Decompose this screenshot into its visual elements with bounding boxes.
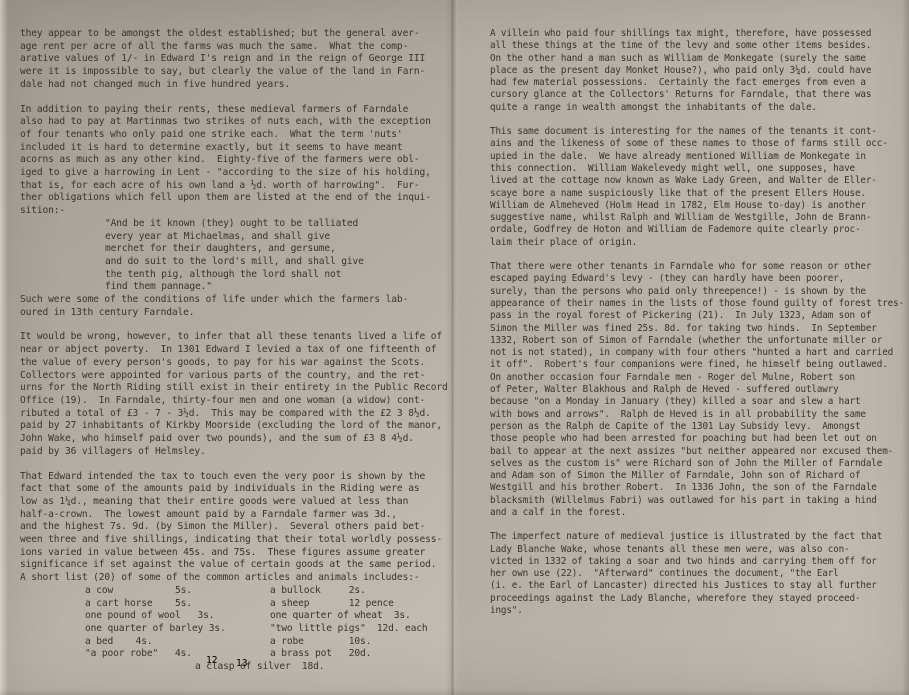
price-row-right: a bullock 2s.: [270, 585, 366, 598]
page-number-left: 12: [206, 655, 218, 666]
paragraph: they appear to be amongst the oldest est…: [20, 28, 448, 92]
price-list-footer: a clasp of silver 18d.: [195, 661, 448, 674]
right-page: A villein who paid four shillings tax mi…: [456, 0, 909, 695]
paragraph: This same document is interesting for th…: [490, 126, 905, 249]
left-page: they appear to be amongst the oldest est…: [0, 0, 456, 695]
price-row-left: a cow 5s.: [85, 585, 270, 598]
price-list-row: one pound of wool 3s. one quarter of whe…: [85, 610, 448, 623]
blockquote: "And be it known (they) ought to be tall…: [105, 218, 448, 294]
price-row-right: one quarter of wheat 3s.: [270, 610, 411, 623]
paragraph: A villein who paid four shillings tax mi…: [490, 28, 905, 114]
price-list-row: "a poor robe" 4s. a brass pot 20d.: [85, 648, 448, 661]
price-row-left: a bed 4s.: [85, 636, 270, 649]
price-row-right: a brass pot 20d.: [270, 648, 371, 661]
price-row-right: "two little pigs" 12d. each: [270, 623, 428, 636]
price-list-row: one quarter of barley 3s. "two little pi…: [85, 623, 448, 636]
paragraph: That Edward intended the tax to touch ev…: [20, 471, 448, 585]
price-row-left: one quarter of barley 3s.: [85, 623, 270, 636]
paragraph: It would be wrong, however, to infer tha…: [20, 331, 448, 458]
price-row-left: one pound of wool 3s.: [85, 610, 270, 623]
paragraph: Such were some of the conditions of life…: [20, 294, 448, 319]
price-list-row: a cart horse 5s. a sheep 12 pence: [85, 598, 448, 611]
book-spread: they appear to be amongst the oldest est…: [0, 0, 909, 695]
paragraph: In addition to paying their rents, these…: [20, 104, 448, 218]
price-row-right: a robe 10s.: [270, 636, 371, 649]
page-number-right: 13: [236, 658, 248, 669]
price-list-row: a bed 4s. a robe 10s.: [85, 636, 448, 649]
price-row-left: a cart horse 5s.: [85, 598, 270, 611]
paragraph: The imperfect nature of medieval justice…: [490, 531, 905, 617]
price-list-row: a cow 5s. a bullock 2s.: [85, 585, 448, 598]
price-row-right: a sheep 12 pence: [270, 598, 394, 611]
paragraph: That there were other tenants in Farndal…: [490, 261, 905, 519]
price-list: a cow 5s. a bullock 2s. a cart horse 5s.…: [85, 585, 448, 661]
